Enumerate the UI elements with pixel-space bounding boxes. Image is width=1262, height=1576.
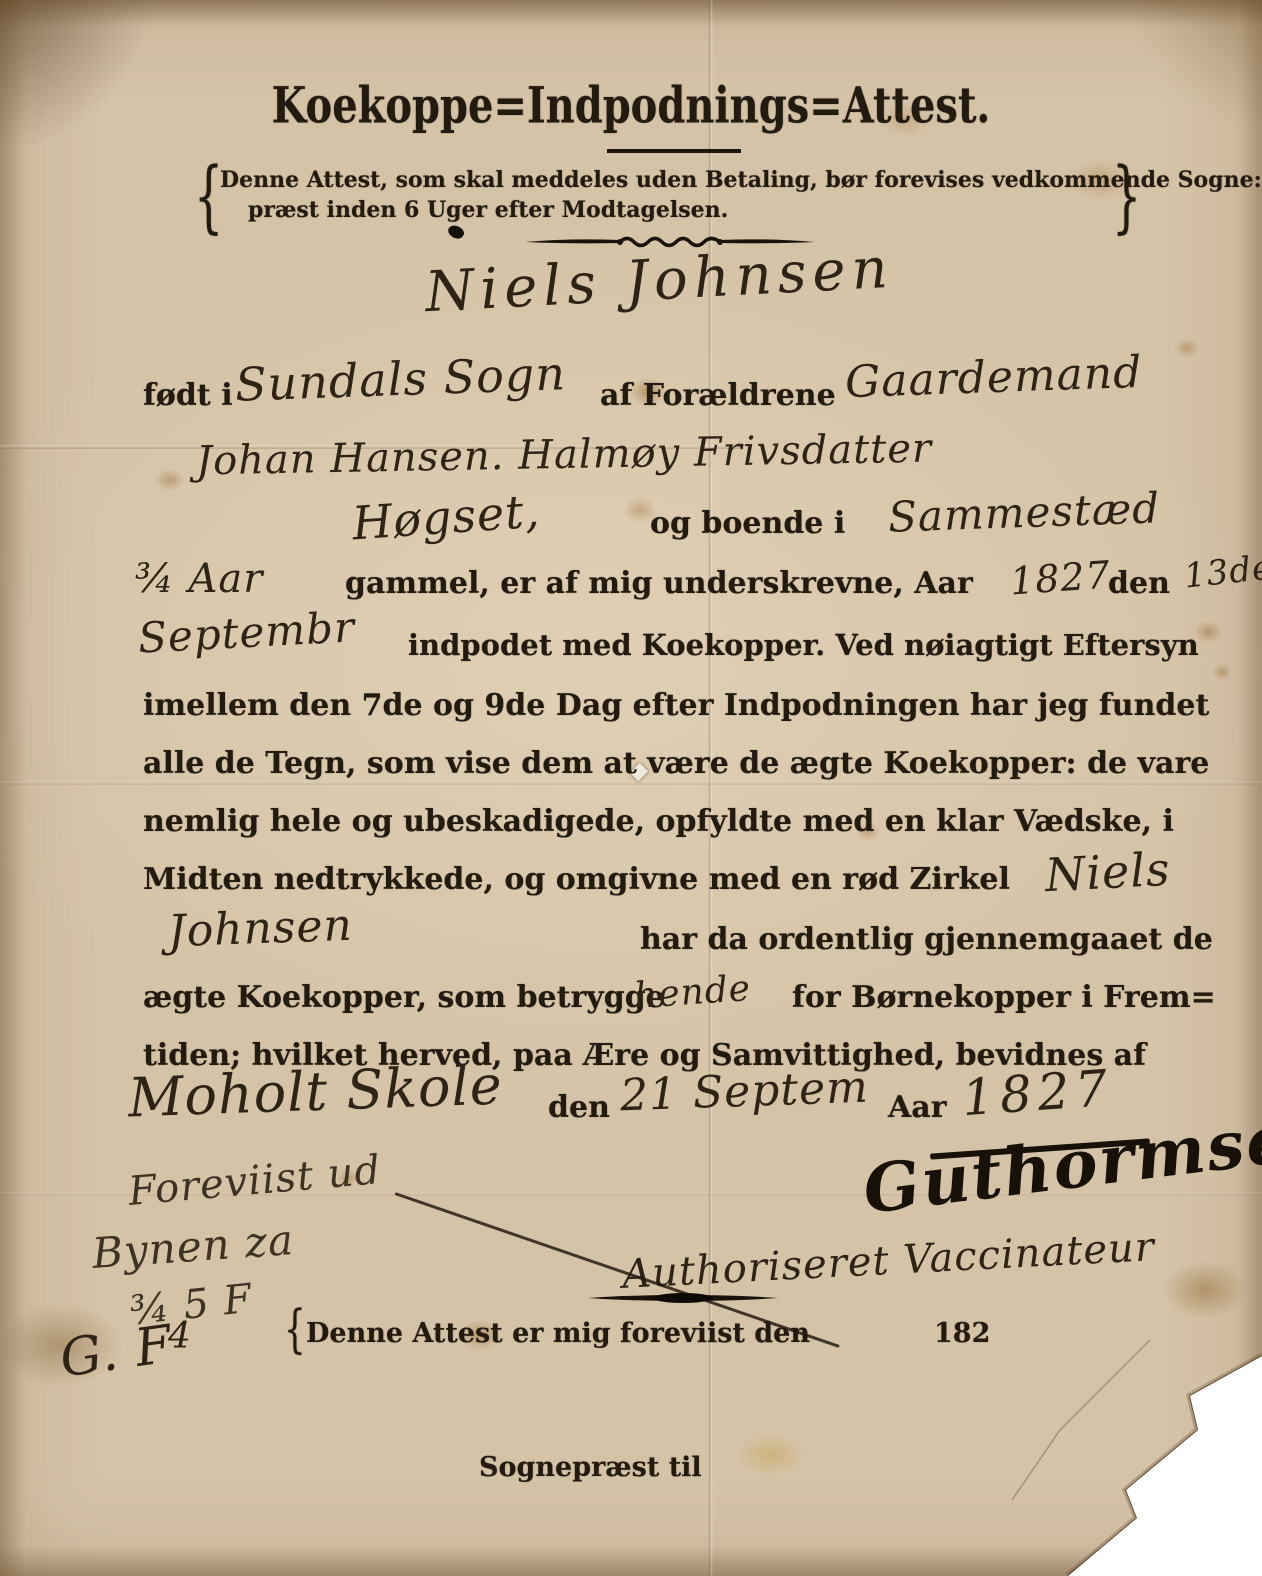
corner-tear-edge	[0, 0, 1262, 1576]
paper-sheet: Koekoppe=Indpodnings=Attest. { Denne Att…	[0, 0, 1262, 1576]
scanned-certificate: Koekoppe=Indpodnings=Attest. { Denne Att…	[0, 0, 1262, 1576]
